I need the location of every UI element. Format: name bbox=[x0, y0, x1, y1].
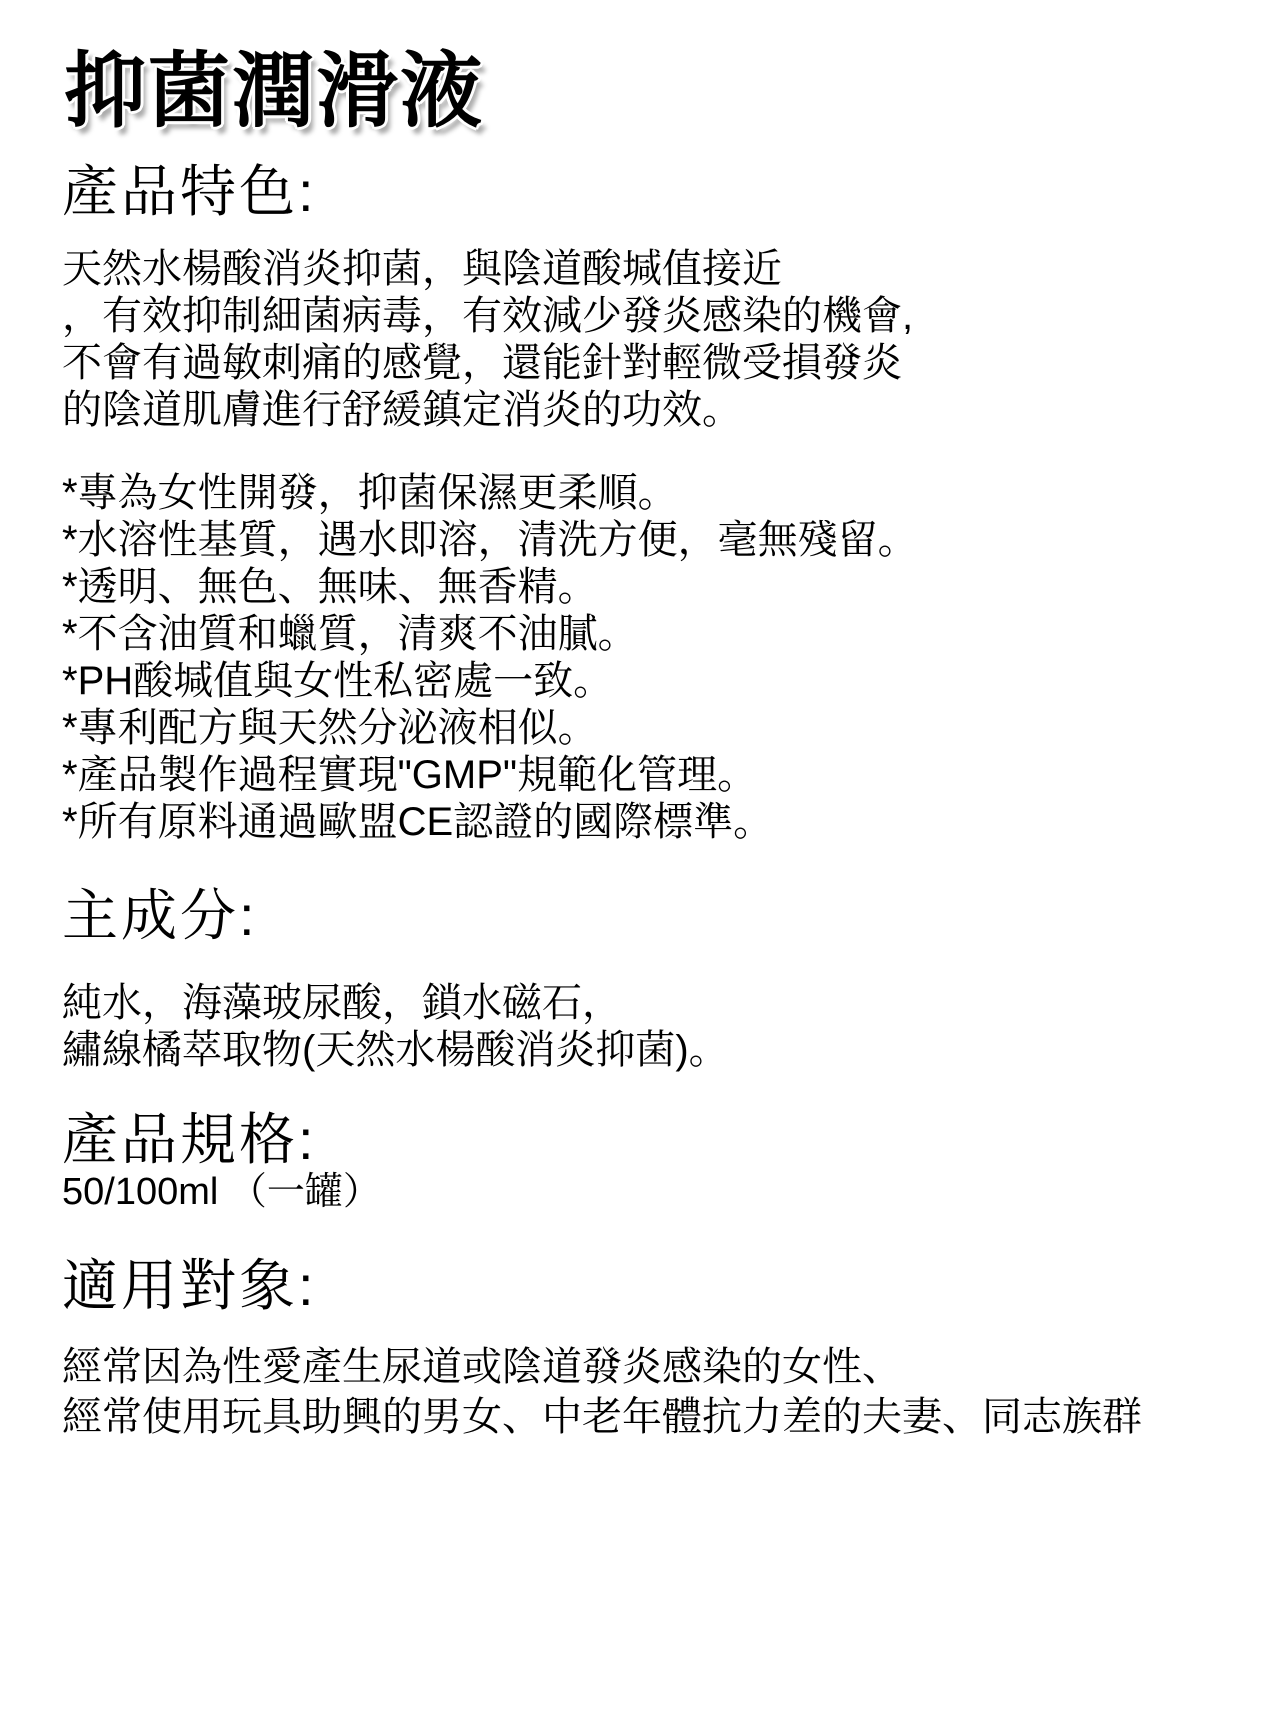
feature-bullet: *所有原料通過歐盟CE認證的國際標準。 bbox=[62, 799, 1230, 846]
audience-line: 經常使用玩具助興的男女、中老年體抗力差的夫妻、同志族群 bbox=[62, 1392, 1230, 1442]
ingredients-heading: 主成分: bbox=[62, 886, 1230, 946]
feature-bullet: *專利配方與天然分泌液相似。 bbox=[62, 705, 1230, 752]
section-spec: 產品規格: 50/100ml （一罐） bbox=[62, 1110, 1230, 1214]
section-features: 產品特色: 天然水楊酸消炎抑菌，與陰道酸堿值接近 ，有效抑制細菌病毒，有效減少發… bbox=[62, 162, 1230, 846]
feature-bullet: *水溶性基質，遇水即溶，清洗方便，毫無殘留。 bbox=[62, 517, 1230, 564]
section-audience: 適用對象: 經常因為性愛產生尿道或陰道發炎感染的女性、 經常使用玩具助興的男女、… bbox=[62, 1256, 1230, 1442]
spec-value: 50/100ml （一罐） bbox=[62, 1170, 1230, 1214]
features-intro-line: 不會有過敏刺痛的感覺，還能針對輕微受損發炎 bbox=[62, 340, 1230, 387]
feature-bullet: *PH酸堿值與女性私密處一致。 bbox=[62, 658, 1230, 705]
feature-bullet: *不含油質和蠟質，清爽不油膩。 bbox=[62, 611, 1230, 658]
feature-bullet: *專為女性開發，抑菌保濕更柔順。 bbox=[62, 470, 1230, 517]
features-intro-line: 天然水楊酸消炎抑菌，與陰道酸堿值接近 bbox=[62, 246, 1230, 293]
ingredients-paragraph: 純水，海藻玻尿酸，鎖水磁石， 繡線橘萃取物(天然水楊酸消炎抑菌)。 bbox=[62, 980, 1230, 1074]
features-intro-line: 的陰道肌膚進行舒緩鎮定消炎的功效。 bbox=[62, 387, 1230, 434]
product-description-page: 抑菌潤滑液 產品特色: 天然水楊酸消炎抑菌，與陰道酸堿值接近 ，有效抑制細菌病毒… bbox=[0, 0, 1270, 1442]
features-intro-line: ，有效抑制細菌病毒，有效減少發炎感染的機會, bbox=[62, 293, 1230, 340]
section-ingredients: 主成分: 純水，海藻玻尿酸，鎖水磁石， 繡線橘萃取物(天然水楊酸消炎抑菌)。 bbox=[62, 886, 1230, 1074]
feature-bullet: *產品製作過程實現"GMP"規範化管理。 bbox=[62, 752, 1230, 799]
ingredients-line: 純水，海藻玻尿酸，鎖水磁石， bbox=[62, 980, 1230, 1027]
audience-line: 經常因為性愛產生尿道或陰道發炎感染的女性、 bbox=[62, 1342, 1230, 1392]
spec-heading: 產品規格: bbox=[62, 1110, 1230, 1170]
features-bullet-list: *專為女性開發，抑菌保濕更柔順。 *水溶性基質，遇水即溶，清洗方便，毫無殘留。 … bbox=[62, 470, 1230, 846]
features-intro-paragraph: 天然水楊酸消炎抑菌，與陰道酸堿值接近 ，有效抑制細菌病毒，有效減少發炎感染的機會… bbox=[62, 246, 1230, 434]
audience-paragraph: 經常因為性愛產生尿道或陰道發炎感染的女性、 經常使用玩具助興的男女、中老年體抗力… bbox=[62, 1342, 1230, 1442]
page-title: 抑菌潤滑液 bbox=[64, 46, 1230, 138]
audience-heading: 適用對象: bbox=[62, 1256, 1230, 1316]
features-heading: 產品特色: bbox=[62, 162, 1230, 222]
ingredients-line: 繡線橘萃取物(天然水楊酸消炎抑菌)。 bbox=[62, 1027, 1230, 1074]
feature-bullet: *透明、無色、無味、無香精。 bbox=[62, 564, 1230, 611]
